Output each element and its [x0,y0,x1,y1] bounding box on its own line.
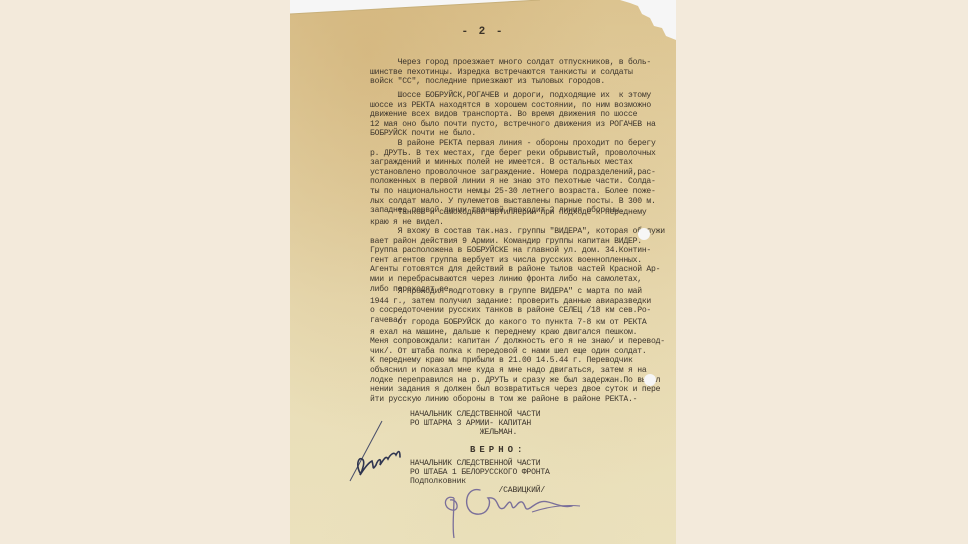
signature-title-line: РО ШТАРМА 3 АРМИИ- КАПИТАН [410,419,640,428]
text-line: ты по национальности немцы 25-30 летнего… [370,187,670,197]
text-line: заграждений и минных полей не имеется. В… [370,158,670,168]
text-line: Я вхожу в состав так.наз. группы "ВИДЕРА… [370,227,670,237]
signature-title-line: РО ШТАБА 1 БЕЛОРУССКОГО ФРОНТА [410,468,640,477]
text-line: установлено проволочное заграждение. Ном… [370,168,670,178]
text-line: Я проходил подготовку в группе ВИДЕРА" с… [370,287,670,297]
text-line: йти русскую линию обороны в том же район… [370,395,670,405]
text-line: Шоссе БОБРУЙСК,РОГАЧЕВ и дороги, подходя… [370,91,670,101]
margin-signature-icon [346,415,406,485]
text-line: лых солдат мало. У пулеметов выставлены … [370,197,670,207]
text-line: чик/. От штаба полка к передовой с нами … [370,347,670,357]
text-line: движение всех видов транспорта. Во время… [370,110,670,120]
text-line: гент агентов группа вербует из числа рус… [370,256,670,266]
paragraph-crossing: От города БОБРУЙСК до какого то пункта 7… [370,318,670,404]
signature-block-head-investigation: НАЧАЛЬНИК СЛЕДСТВЕННОЙ ЧАСТИ РО ШТАРМА 3… [410,410,640,437]
text-line: шинстве пехотинцы. Изредка встречаются т… [370,68,670,78]
paragraph-group-videra: Я вхожу в состав так.наз. группы "ВИДЕРА… [370,227,670,294]
text-line: краю я не видел. [370,218,670,228]
text-line: В районе РЕКТА первая линия - обороны пр… [370,139,670,149]
text-line: Агенты готовятся для действий в районе т… [370,265,670,275]
text-line: нении задания я должен был возвратиться … [370,385,670,395]
document-viewer: - 2 - Через город проезжает много солдат… [0,0,968,544]
certified-label: ВЕРНО: [470,445,526,455]
paragraph-soldiers: Через город проезжает много солдат отпус… [370,58,670,87]
page-number: - 2 - [290,26,676,38]
text-line: Через город проезжает много солдат отпус… [370,58,670,68]
savitsky-signature-icon [440,478,600,544]
text-line: лодке переправился на р. ДРУТЬ и сразу ж… [370,376,670,386]
text-line: объяснил и показал мне куда я мне надо д… [370,366,670,376]
signature-title-line: НАЧАЛЬНИК СЛЕДСТВЕННОЙ ЧАСТИ [410,459,640,468]
text-line: 12 мая оно было почти пусто, встречного … [370,120,670,130]
text-line: положенных в первой линии я не знаю это … [370,177,670,187]
text-line: р. ДРУТЬ. В тех местах, где берег реки о… [370,149,670,159]
paragraph-defense-line: В районе РЕКТА первая линия - обороны пр… [370,139,670,216]
text-line: Меня сопровождали: капитан / должность е… [370,337,670,347]
punch-hole [644,374,656,386]
signature-name-line: ЖЕЛЬМАН. [410,428,640,437]
text-line: о сосредоточении русских танков в районе… [370,306,670,316]
text-line: 1944 г., затем получил задание: проверит… [370,297,670,307]
text-line: БОБРУЙСК почти не было. [370,129,670,139]
paragraph-tanks: Танков и самоходной артиллерии при подхо… [370,208,670,227]
text-line: К переднему краю мы прибыли в 21.00 14.5… [370,356,670,366]
paragraph-roads: Шоссе БОБРУЙСК,РОГАЧЕВ и дороги, подходя… [370,91,670,139]
text-line: войск "СС", последние приезжают из тылов… [370,77,670,87]
signature-title-line: НАЧАЛЬНИК СЛЕДСТВЕННОЙ ЧАСТИ [410,410,640,419]
text-line: шоссе из РЕКТА находятся в хорошем состо… [370,101,670,111]
text-line: я ехал на машине, дальше к переднему кра… [370,328,670,338]
text-line: От города БОБРУЙСК до какого то пункта 7… [370,318,670,328]
punch-hole [638,228,650,240]
text-line: вает район действия 9 Армии. Командир гр… [370,237,670,247]
text-line: Танков и самоходной артиллерии при подхо… [370,208,670,218]
text-line: Группа расположена в БОБРУЙСКЕ на главно… [370,246,670,256]
document-page: - 2 - Через город проезжает много солдат… [290,0,676,544]
text-line: мии и перебрасываются через линию фронта… [370,275,670,285]
